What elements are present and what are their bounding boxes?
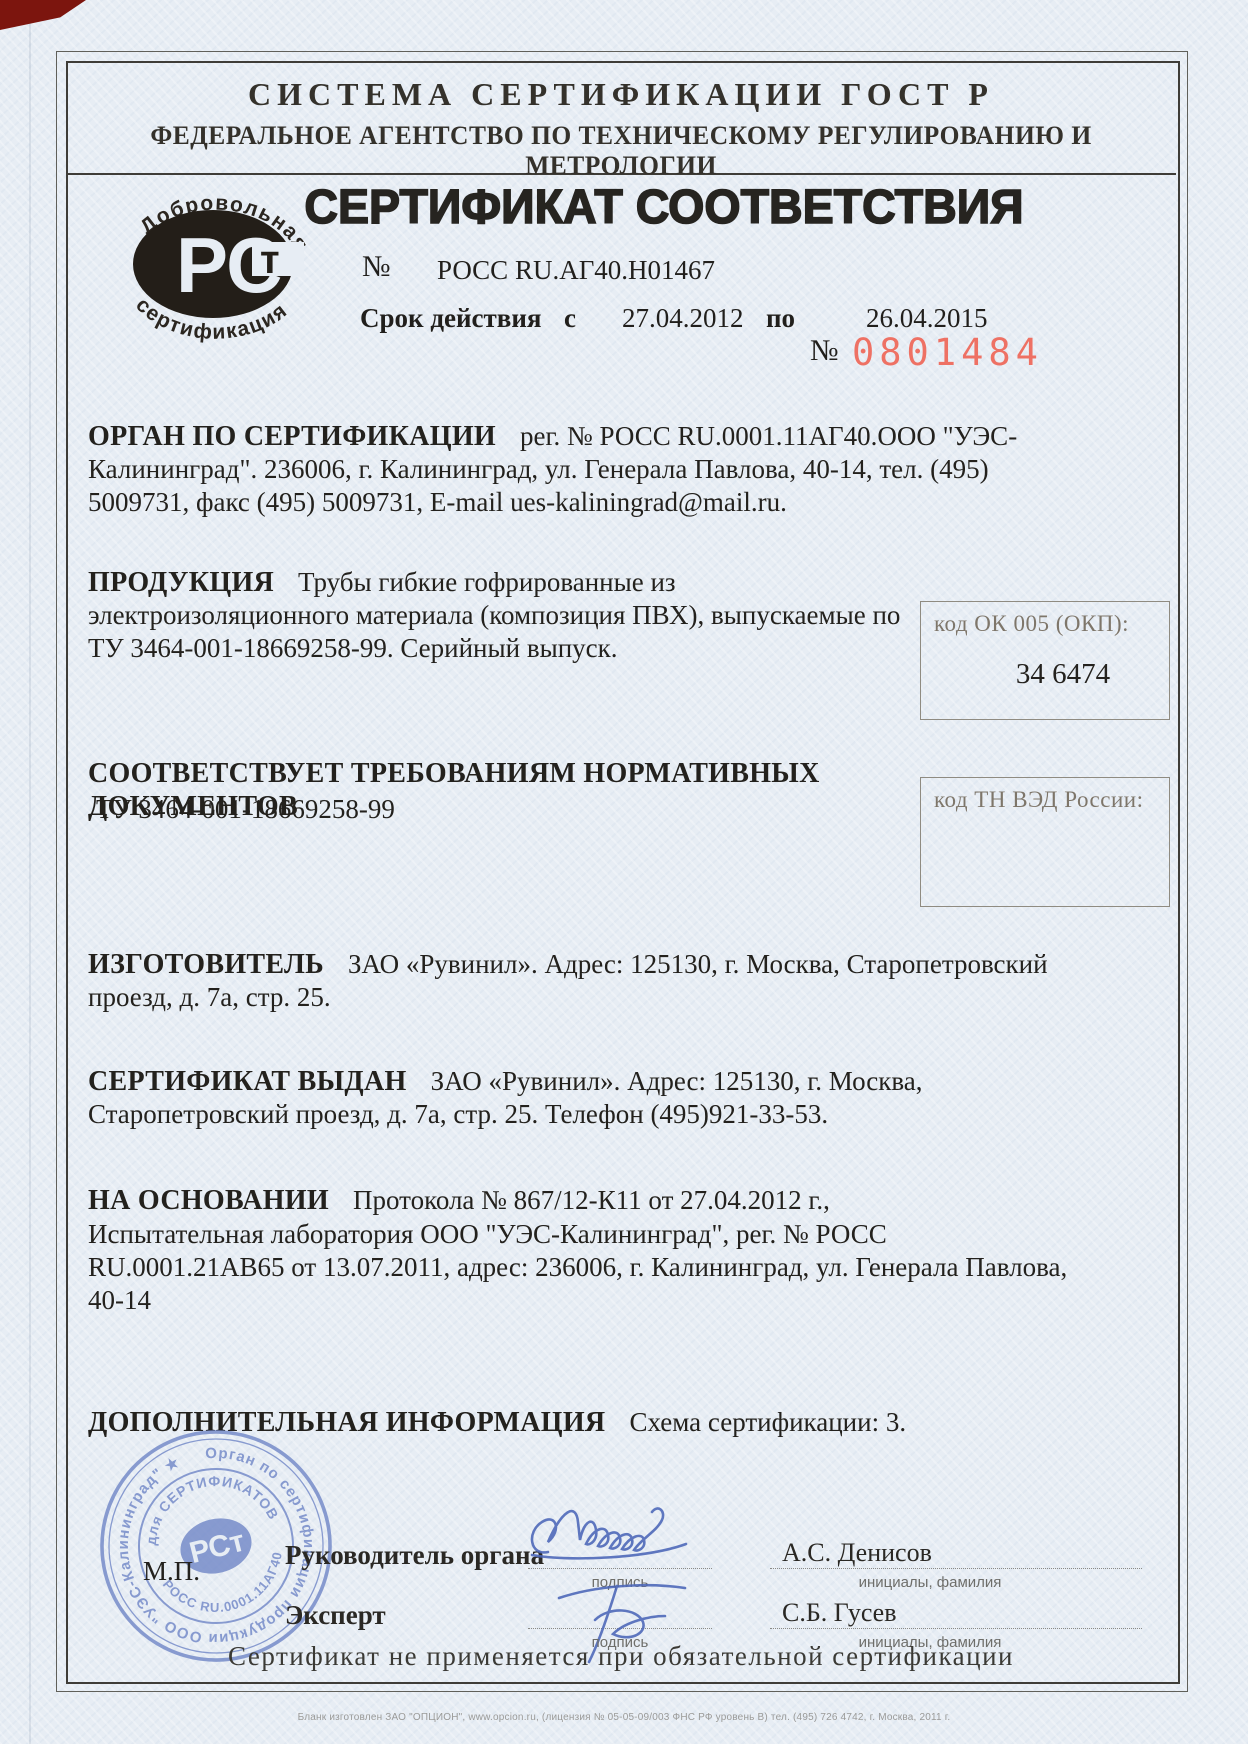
production-section: ПРОДУКЦИЯТрубы гибкие гофрированные из э… (88, 566, 906, 665)
blank-number-sign: № (810, 334, 839, 368)
stamp-place-label: М.П. (143, 1556, 200, 1587)
validity-to-label: по (766, 302, 795, 335)
issued-section: СЕРТИФИКАТ ВЫДАНЗАО «Рувинил». Адрес: 12… (88, 1065, 1066, 1131)
head-name-line (770, 1568, 1142, 1569)
scan-corner-artifact (0, 0, 86, 30)
tnved-code-label: код ТН ВЭД России: (934, 787, 1143, 813)
basis-text-1: Протокола № 867/12-К11 от 27.04.2012 г., (353, 1185, 830, 1215)
head-name: А.С. Денисов (782, 1538, 932, 1568)
certificate-number: РОСС RU.АГ40.Н01467 (437, 254, 715, 287)
blank-manufacturer-fine-print: Бланк изготовлен ЗАО "ОПЦИОН", www.opcio… (0, 1712, 1248, 1723)
mandatory-certification-note: Сертификат не применяется при обязательн… (66, 1641, 1176, 1672)
basis-label: НА ОСНОВАНИИ (88, 1185, 329, 1216)
expert-label: Эксперт (285, 1600, 386, 1631)
svg-text:т: т (260, 238, 280, 282)
agency-header: ФЕДЕРАЛЬНОЕ АГЕНТСТВО ПО ТЕХНИЧЕСКОМУ РЕ… (77, 121, 1165, 181)
scan-edge-artifact (29, 0, 31, 1744)
basis-section: НА ОСНОВАНИИПротокола № 867/12-К11 от 27… (88, 1184, 1070, 1317)
manufacturer-section: ИЗГОТОВИТЕЛЬЗАО «Рувинил». Адрес: 125130… (88, 948, 1066, 1014)
number-sign: № (362, 250, 391, 284)
expert-name-line (770, 1628, 1142, 1629)
tnved-code-box: код ТН ВЭД России: (920, 777, 1170, 907)
okp-code-label: код ОК 005 (ОКП): (934, 611, 1129, 637)
valid-from-date: 27.04.2012 (622, 302, 744, 335)
issued-label: СЕРТИФИКАТ ВЫДАН (88, 1066, 407, 1097)
okp-code-value: 34 6474 (921, 658, 1169, 691)
conforms-text: ТУ 3464-001-18669258-99 (96, 793, 796, 826)
certification-body-label: ОРГАН ПО СЕРТИФИКАЦИИ (88, 421, 496, 452)
expert-name: С.Б. Гусев (782, 1598, 897, 1628)
manufacturer-label: ИЗГОТОВИТЕЛЬ (88, 949, 324, 980)
okp-code-box: код ОК 005 (ОКП): 34 6474 (920, 601, 1170, 720)
additional-info-text: Схема сертификации: 3. (629, 1407, 906, 1437)
certification-body-section: ОРГАН ПО СЕРТИФИКАЦИИрег. № РОСС RU.0001… (88, 420, 1066, 519)
head-of-body-label: Руководитель органа (285, 1540, 544, 1571)
validity-from-label: с (564, 302, 576, 335)
validity-label: Срок действия (360, 302, 542, 335)
certificate-page: СИСТЕМА СЕРТИФИКАЦИИ ГОСТ Р ФЕДЕРАЛЬНОЕ … (0, 0, 1248, 1744)
blank-number: 0801484 (852, 331, 1043, 374)
production-label: ПРОДУКЦИЯ (88, 567, 274, 598)
head-name-caption: инициалы, фамилия (790, 1574, 1070, 1591)
rst-logo-icon: Добровольная сертификация РС т (104, 176, 326, 352)
system-header: СИСТЕМА СЕРТИФИКАЦИИ ГОСТ Р (66, 76, 1176, 113)
basis-text-2: Испытательная лаборатория ООО "УЭС-Калин… (88, 1218, 1070, 1317)
certificate-title: СЕРТИФИКАТ СООТВЕТСТВИЯ (303, 180, 1025, 235)
